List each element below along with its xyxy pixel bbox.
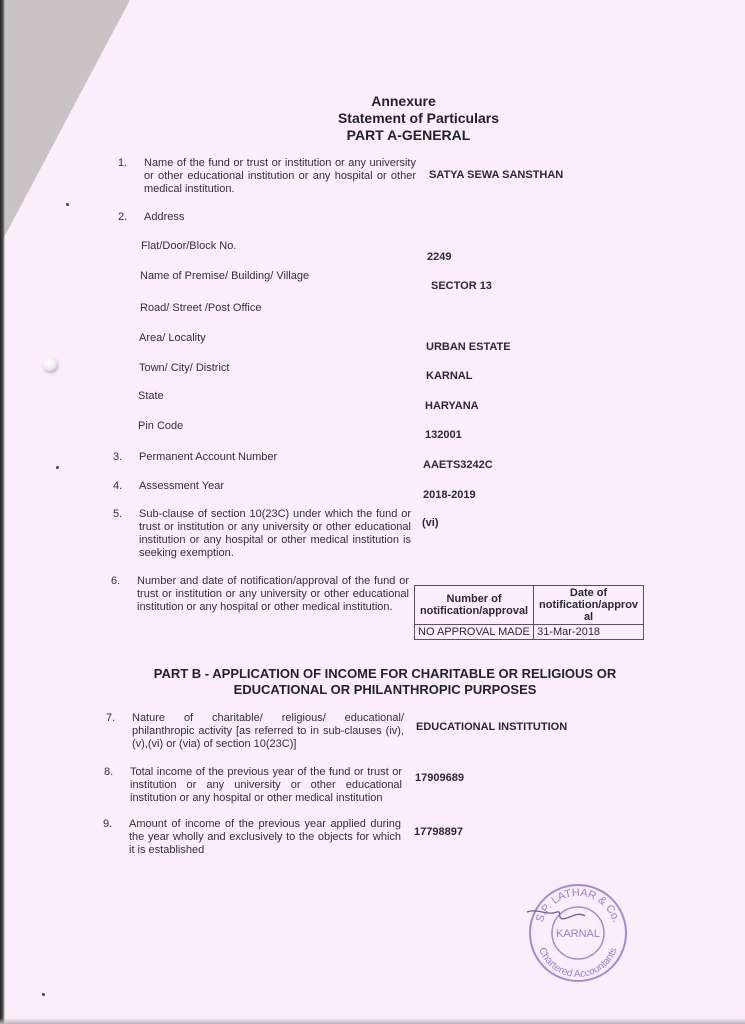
item-label: Name of the fund or trust or institution… [144, 157, 416, 196]
notification-date-header: Date of notification/approv al [534, 586, 644, 625]
table-row: NO APPROVAL MADE 31-Mar-2018 [415, 625, 644, 640]
item-label: Address [144, 211, 416, 224]
statement-title: Statement of Particulars [0, 110, 745, 127]
part-a-title: PART A-GENERAL [0, 127, 745, 144]
address-flat-label: Flat/Door/Block No. [141, 240, 236, 253]
svg-text:KARNAL: KARNAL [556, 928, 600, 940]
item-number: 1. [118, 157, 142, 170]
address-road-label: Road/ Street /Post Office [140, 302, 261, 315]
punch-hole [43, 357, 57, 371]
part-b-title-line2: EDUCATIONAL OR PHILANTHROPIC PURPOSES [130, 682, 640, 698]
assessment-year-value: 2018-2019 [423, 489, 476, 502]
speck [42, 993, 45, 996]
address-premise-label: Name of Premise/ Building/ Village [140, 270, 309, 283]
item-number: 4. [113, 480, 137, 493]
chartered-accountants-stamp: S.P. LATHAR & Co. Chartered Accountants … [527, 882, 629, 984]
item-label: Amount of income of the previous year ap… [129, 818, 401, 857]
item-label: Assessment Year [139, 480, 411, 493]
document-header: Annexure Statement of Particulars PART A… [0, 93, 745, 144]
item-number: 6. [111, 575, 135, 588]
svg-text:Chartered Accountants: Chartered Accountants [536, 946, 619, 980]
part-b-title: PART B - APPLICATION OF INCOME FOR CHARI… [130, 666, 640, 698]
item-label: Permanent Account Number [139, 451, 411, 464]
speck [66, 203, 69, 206]
address-area-label: Area/ Locality [139, 332, 206, 345]
pan-value: AAETS3242C [423, 459, 493, 472]
address-premise-value: SECTOR 13 [431, 280, 492, 293]
address-state-label: State [138, 390, 164, 403]
address-town-value: KARNAL [426, 370, 472, 383]
notification-number-cell: NO APPROVAL MADE [415, 625, 534, 640]
item-number: 2. [118, 211, 142, 224]
address-town-label: Town/ City/ District [139, 362, 229, 375]
address-pin-label: Pin Code [138, 420, 183, 433]
item-number: 7. [106, 712, 130, 725]
notification-table: Number of notification/approval Date of … [414, 585, 644, 640]
address-flat-value: 2249 [427, 251, 451, 264]
item-number: 9. [103, 818, 127, 831]
sub-clause-value: (vi) [422, 517, 439, 530]
scan-edge [0, 0, 5, 1024]
notification-number-header: Number of notification/approval [415, 586, 534, 625]
item-label: Total income of the previous year of the… [130, 766, 402, 805]
fund-name-value: SATYA SEWA SANSTHAN [429, 169, 563, 182]
speck [56, 466, 59, 469]
annexure-title: Annexure [0, 93, 745, 110]
total-income-value: 17909689 [415, 772, 464, 785]
item-number: 5. [113, 508, 137, 521]
svg-text:S.P. LATHAR & Co.: S.P. LATHAR & Co. [534, 887, 622, 924]
address-pin-value: 132001 [425, 429, 462, 442]
item-number: 3. [113, 451, 137, 464]
scanned-document-page: Annexure Statement of Particulars PART A… [0, 0, 745, 1024]
income-applied-value: 17798897 [414, 826, 463, 839]
notification-date-cell: 31-Mar-2018 [534, 625, 644, 640]
item-label: Nature of charitable/ religious/ educati… [132, 712, 404, 751]
address-state-value: HARYANA [425, 400, 479, 413]
item-label: Number and date of notification/approval… [137, 575, 409, 614]
address-area-value: URBAN ESTATE [426, 341, 511, 354]
scan-edge-bottom [0, 1018, 745, 1024]
item-number: 8. [104, 766, 128, 779]
part-b-title-line1: PART B - APPLICATION OF INCOME FOR CHARI… [130, 666, 640, 682]
activity-nature-value: EDUCATIONAL INSTITUTION [416, 721, 567, 734]
item-label: Sub-clause of section 10(23C) under whic… [139, 508, 411, 560]
